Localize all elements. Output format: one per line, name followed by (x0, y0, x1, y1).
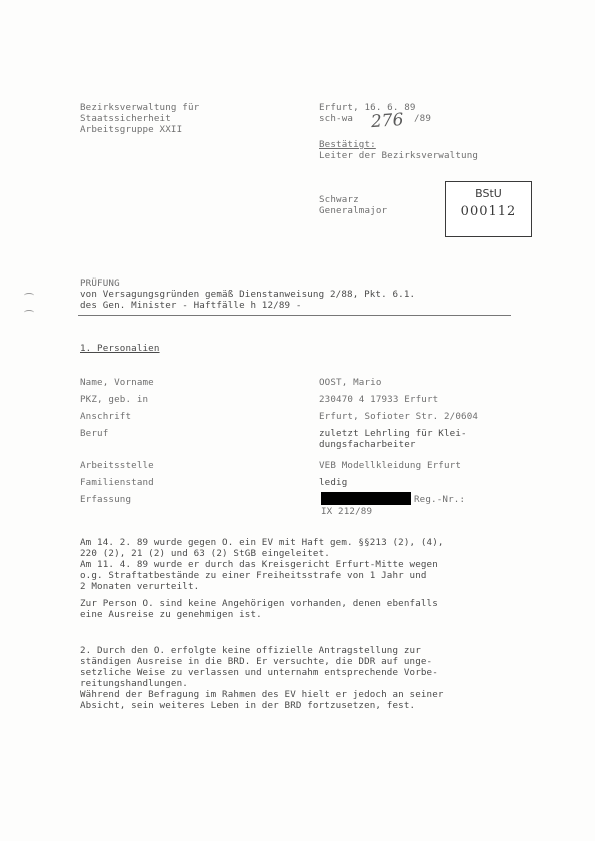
field-label-workplace: Arbeitsstelle (80, 460, 154, 471)
paragraph-line: 2. Durch den O. erfolgte keine offiziell… (80, 645, 421, 656)
field-value-address: Erfurt, Sofioter Str. 2/0604 (319, 411, 478, 422)
approved-by: Leiter der Bezirksverwaltung (319, 150, 478, 161)
paragraph-line: Am 11. 4. 89 wurde er durch das Kreisger… (80, 559, 438, 570)
paragraph-line: Zur Person O. sind keine Angehörigen vor… (80, 598, 438, 609)
margin-mark (24, 293, 34, 298)
redaction-bar (321, 492, 411, 505)
section-1-heading: 1. Personalien (80, 343, 160, 354)
paragraph-line: setzliche Weise zu verlassen und unterna… (80, 667, 438, 678)
field-label-pkz: PKZ, geb. in (80, 394, 148, 405)
archive-stamp: BStU 000112 (445, 181, 532, 237)
paragraph-line: Absicht, sein weiteres Leben in der BRD … (80, 700, 415, 711)
document-page: Bezirksverwaltung für Staatssicherheit A… (0, 0, 595, 841)
paragraph-line: eine Ausreise zu genehmigen ist. (80, 609, 262, 620)
field-label-marital-status: Familienstand (80, 477, 154, 488)
paragraph-line: Am 14. 2. 89 wurde gegen O. ein EV mit H… (80, 537, 444, 548)
field-value-marital-status: ledig (319, 477, 347, 488)
paragraph-line: 2 Monaten verurteilt. (80, 581, 199, 592)
field-value-occupation: zuletzt Lehrling für Klei- (319, 428, 467, 439)
margin-mark (24, 310, 34, 315)
paragraph-line: ständigen Ausreise in die BRD. Er versuc… (80, 656, 432, 667)
reference-prefix: sch-wa (319, 113, 353, 124)
stamp-number: 000112 (446, 204, 531, 219)
field-value-workplace: VEB Modellkleidung Erfurt (319, 460, 461, 471)
field-label-occupation: Beruf (80, 428, 108, 439)
field-value-pkz: 230470 4 17933 Erfurt (319, 394, 438, 405)
stamp-label: BStU (446, 187, 531, 200)
field-label-registration: Erfassung (80, 494, 131, 505)
paragraph-line: Während der Befragung im Rahmen des EV h… (80, 689, 444, 700)
field-value-occupation-cont: dungsfacharbeiter (319, 439, 416, 450)
paragraph-line: 220 (2), 21 (2) und 63 (2) StGB eingelei… (80, 548, 330, 559)
subject-line-2: von Versagungsgründen gemäß Dienstanweis… (80, 289, 415, 300)
reference-handwritten: 276 (370, 110, 404, 132)
field-value-name: OOST, Mario (319, 377, 382, 388)
signatory-name: Schwarz (319, 194, 359, 205)
field-label-address: Anschrift (80, 411, 131, 422)
subject-line-3: des Gen. Minister - Haftfälle h 12/89 - (80, 300, 302, 311)
subject-line-1: PRÜFUNG (80, 278, 120, 289)
subject-divider (78, 315, 511, 316)
sender-line: Staatssicherheit (80, 113, 171, 124)
paragraph-line: reitungshandlungen. (80, 678, 188, 689)
paragraph-line: o.g. Straftatbestände zu einer Freiheits… (80, 570, 427, 581)
field-reg-value: IX 212/89 (321, 506, 372, 517)
field-label-name: Name, Vorname (80, 377, 154, 388)
sender-line: Arbeitsgruppe XXII (80, 124, 182, 135)
sender-line: Bezirksverwaltung für (80, 102, 199, 113)
signatory-rank: Generalmajor (319, 205, 387, 216)
approved-label: Bestätigt: (319, 139, 376, 150)
field-reg-label: Reg.-Nr.: (414, 494, 465, 505)
reference-suffix: /89 (414, 113, 431, 124)
